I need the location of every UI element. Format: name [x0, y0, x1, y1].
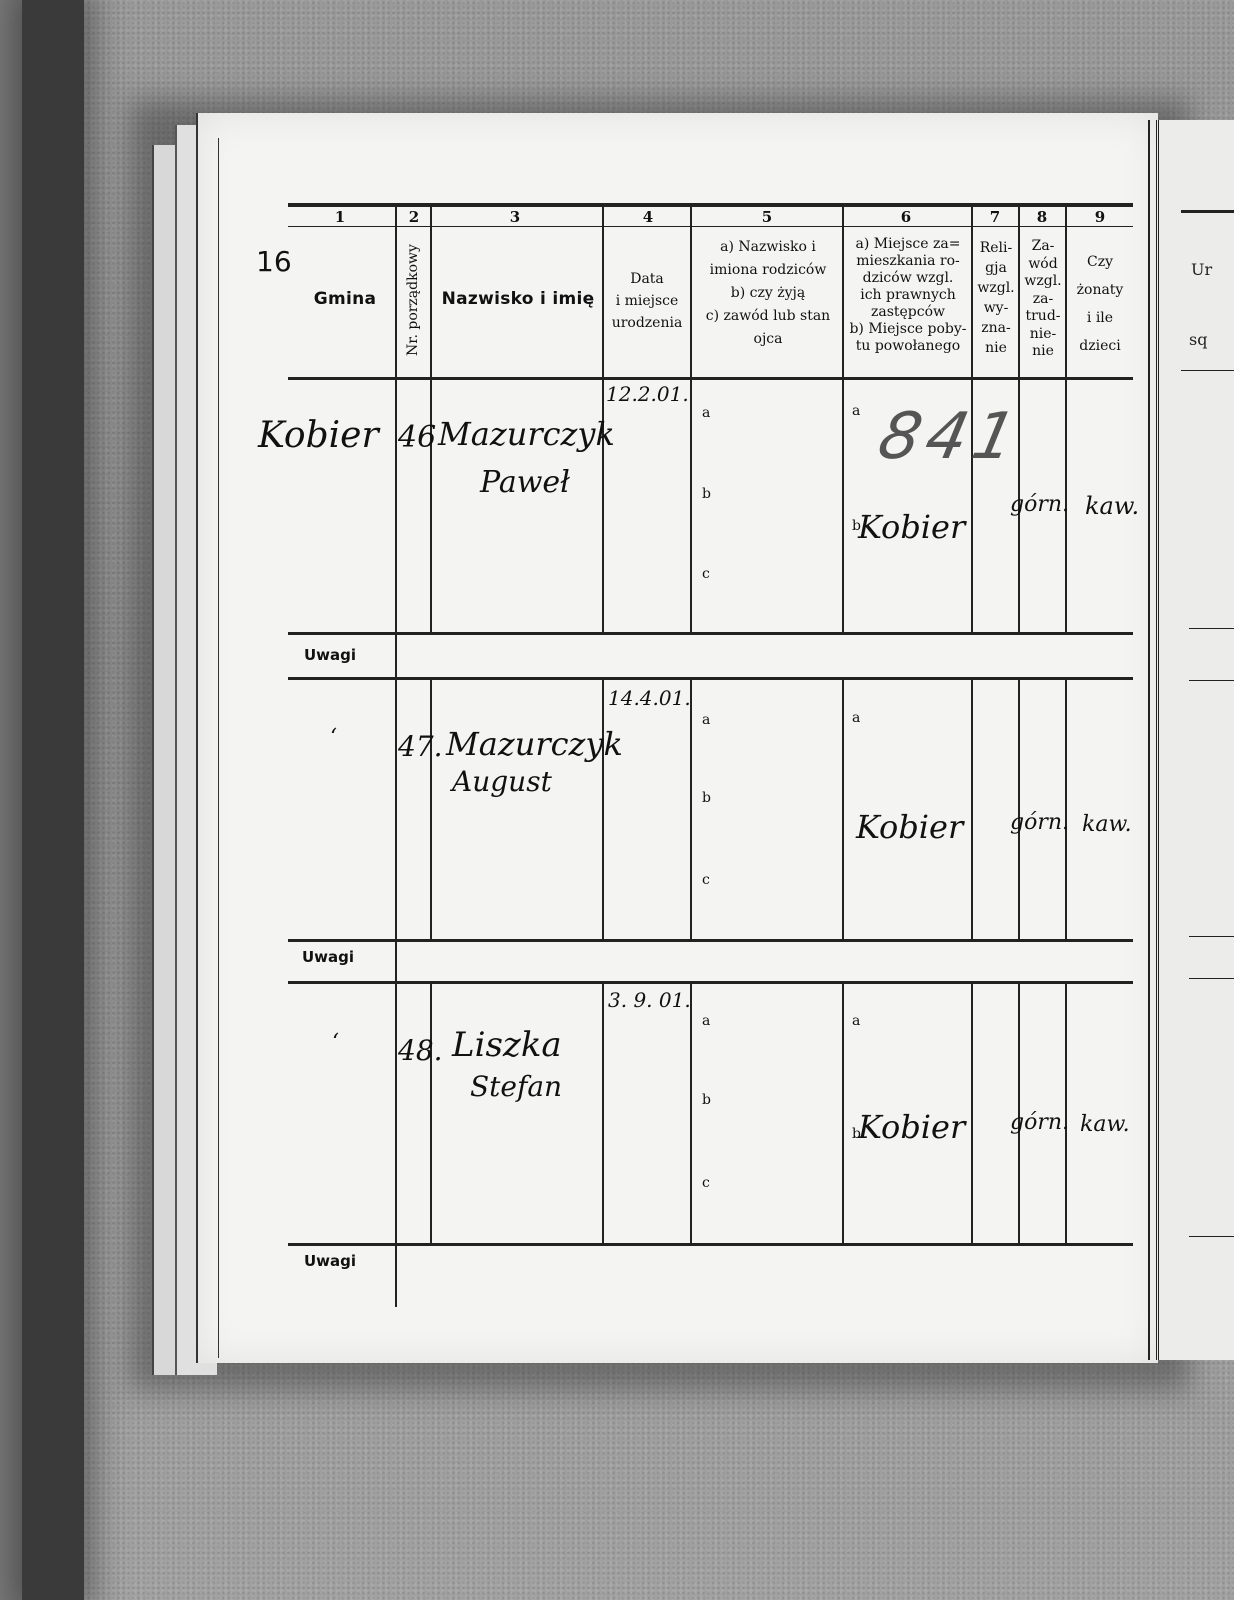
col-number-8: 8	[1032, 208, 1052, 226]
page-margin-line	[218, 138, 219, 1358]
entry-parents-residence: Kobier	[856, 808, 963, 846]
page-right-edge	[1148, 120, 1150, 1360]
sub-label-a: a	[852, 710, 860, 726]
entry-given-name: August	[452, 765, 552, 798]
sub-label-b: b	[702, 790, 711, 806]
entry-occupation: górn.	[1010, 1110, 1069, 1135]
col-number-4: 4	[638, 208, 658, 226]
header-data-urodzenia: Datai miejsceurodzenia	[604, 268, 690, 334]
header-rodzice: a) Nazwisko iimiona rodzicówb) czy żyjąc…	[692, 236, 844, 351]
entry-given-name: Stefan	[470, 1070, 562, 1103]
sub-label-a: a	[702, 405, 710, 421]
header-nr-porzadkowy: Nr. porządkowy	[405, 240, 421, 360]
entry-nr: 47.	[398, 730, 443, 763]
header-miejsce-zamieszkania: a) Miejsce za=mieszkania ro-dziców wzgl.…	[844, 236, 972, 355]
remarks-label: Uwagi	[304, 1252, 356, 1270]
entry-gmina-ditto: ‘	[332, 1030, 339, 1055]
entry-parents-residence: Kobier	[858, 1108, 965, 1146]
dark-pillar-shadow	[22, 0, 84, 1600]
entry-married: kaw.	[1080, 1112, 1130, 1137]
entry-surname: Liszka	[452, 1025, 562, 1065]
entry-parents-residence: Kobier	[858, 508, 965, 546]
entry-married: kaw.	[1085, 492, 1139, 520]
col-number-2: 2	[404, 208, 424, 226]
sub-label-a: a	[852, 403, 860, 419]
entry-gmina: Kobier	[258, 415, 379, 456]
entry-birth-date: 14.4.01.	[608, 686, 691, 710]
entry-birth-date: 12.2.01.	[606, 382, 689, 406]
entry-occupation: górn.	[1010, 810, 1069, 835]
sub-label-a: a	[702, 1013, 710, 1029]
col-number-3: 3	[505, 208, 525, 226]
sub-label-c: c	[702, 1175, 710, 1191]
col-number-9: 9	[1090, 208, 1110, 226]
header-zonaty: Czyżonatyi iledzieci	[1067, 248, 1133, 360]
entry-surname: Mazurczyk	[446, 725, 623, 763]
facing-page-fragment: Ur	[1191, 260, 1212, 279]
facing-page: Ur sq	[1156, 120, 1234, 1360]
page-number: 16	[256, 245, 292, 278]
entry-surname: Mazurczyk	[438, 415, 615, 453]
header-gmina: Gmina	[300, 291, 390, 308]
sub-label-a: a	[702, 712, 710, 728]
entry-occupation: górn.	[1010, 492, 1069, 517]
entry-married: kaw.	[1082, 812, 1132, 837]
header-zawod: Za-wódwzgl.za-trud-nie-nie	[1020, 238, 1066, 361]
remarks-label: Uwagi	[304, 646, 356, 664]
remarks-label: Uwagi	[302, 948, 354, 966]
entry-given-name: Paweł	[480, 465, 570, 500]
entry-nr: 46	[398, 420, 436, 455]
sub-label-c: c	[702, 872, 710, 888]
header-nazwisko-imie: Nazwisko i imię	[436, 291, 600, 308]
pencil-annotation: 841	[872, 400, 1028, 474]
background-edge	[0, 0, 22, 1600]
col-number-6: 6	[896, 208, 916, 226]
sub-label-b: b	[702, 486, 711, 502]
sub-label-c: c	[702, 566, 710, 582]
col-number-1: 1	[330, 208, 350, 226]
sub-label-a: a	[852, 1013, 860, 1029]
header-religja: Reli-gjawzgl.wy-zna-nie	[973, 238, 1019, 358]
facing-page-fragment: sq	[1189, 330, 1207, 349]
entry-gmina-ditto: ‘	[330, 725, 337, 750]
header-top-rule	[288, 203, 1133, 207]
sub-label-b: b	[702, 1092, 711, 1108]
col-number-5: 5	[757, 208, 777, 226]
entry-nr: 48.	[398, 1034, 443, 1067]
entry-birth-date: 3. 9. 01.	[608, 988, 691, 1012]
col-number-7: 7	[985, 208, 1005, 226]
